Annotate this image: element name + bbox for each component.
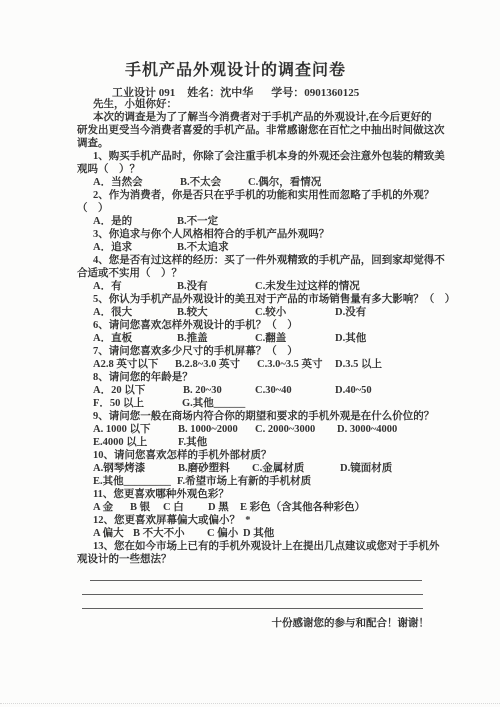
question-5-options: A．很大B.较大C.较小D.没有 — [77, 306, 429, 319]
option: C.3.0~3.5 英寸 — [257, 358, 335, 371]
option: C.未发生过这样的情况 — [255, 280, 360, 293]
question-4-options: A．有B.没有C.未发生过这样的情况 — [77, 280, 429, 293]
option: B. 20~30 — [183, 384, 255, 397]
question-11-options: A 金B 银C 白D 黑E 彩色（含其他各种彩色） — [77, 501, 429, 514]
option: A．直板 — [93, 332, 177, 345]
option: B.较大 — [177, 306, 255, 319]
option: E 彩色（含其他各种彩色） — [240, 501, 365, 514]
option: A.钢琴烤漆 — [93, 462, 178, 475]
option: B.没有 — [177, 280, 255, 293]
question-9-options-row-2: E.4000 以上F.其他 — [77, 436, 429, 449]
option: D.没有 — [335, 306, 366, 319]
question-9: 9、请问您一般在商场内符合你的期望和要求的手机外观是在什么价位的？ A. 100… — [77, 410, 429, 449]
question-5: 5、你认为手机产品外观设计的美丑对于产品的市场销售量有多大影响？（ ） A．很大… — [77, 293, 429, 319]
option: A．很大 — [93, 306, 177, 319]
question-12-text: 12、您更喜欢屏幕偏大或偏小？ * — [77, 514, 429, 527]
option: C 白 — [163, 501, 208, 514]
option: F．50 以上 — [93, 397, 182, 410]
question-8-options-row-2: F．50 以上G.其他______ — [77, 397, 429, 410]
option: C.较小 — [255, 306, 335, 319]
question-6-options: A．直板B.推盖C.翻盖D.其他 — [77, 332, 429, 345]
question-3-text: 3、你追求与你个人风格相符合的手机产品外观吗？ — [77, 228, 429, 241]
question-12-options: A 偏大B 不大不小C 偏小D 其他 — [77, 527, 429, 540]
option: C.翻盖 — [255, 332, 335, 345]
option: E.4000 以上 — [93, 436, 178, 449]
option: A2.8 英寸以下 — [93, 358, 175, 371]
option: C.30~40 — [255, 384, 335, 397]
option: D 其他 — [243, 527, 274, 540]
option: A. 1000 以下 — [93, 423, 178, 436]
option: B 不大不小 — [133, 527, 207, 540]
question-9-options-row-1: A. 1000 以下B. 1000~2000C. 2000~3000D. 300… — [77, 423, 429, 436]
option: B 银 — [130, 501, 163, 514]
question-6-text: 6、请问您喜欢怎样外观设计的手机？（ ） — [77, 319, 429, 332]
question-7: 7、请问您喜欢多少尺寸的手机屏幕？（ ） A2.8 英寸以下B.2.8~3.0 … — [77, 345, 429, 371]
option: D. 3000~4000 — [337, 423, 397, 436]
question-13-text: 13、您在如今市场上已有的手机外观设计上在提出几点建议或您对于手机外 观设计的一… — [77, 540, 429, 566]
option: C.偶尔，看情况 — [248, 176, 321, 189]
question-4: 4、您是否有过这样的经历：买了一件外观精致的手机产品，回到家却觉得不 合适或不实… — [77, 254, 429, 293]
page-title: 手机产品外观设计的调查问卷 — [125, 60, 346, 82]
option: B.不太会 — [180, 176, 248, 189]
option: A．有 — [93, 280, 177, 293]
questionnaire-body: 先生，小姐你好： 本次的调查是为了了解当今消费者对于手机产品的外观设计,在今后更… — [77, 98, 429, 630]
question-1-options: A．当然会B.不太会C.偶尔，看情况 — [77, 176, 429, 189]
option: A 金 — [93, 501, 130, 514]
question-2: 2、作为消费者，你是否只在乎手机的功能和实用性而忽略了手机的外观？ （ ） A．… — [77, 189, 429, 228]
question-11-text: 11、您更喜欢哪种外观色彩？ — [77, 488, 429, 501]
question-2-options: A．是的B.不一定 — [77, 215, 429, 228]
question-1: 1、购买手机产品时，你除了会注重手机本身的外观还会注意外包装的精致美 观吗（ ）… — [77, 150, 429, 189]
option: A．追求 — [93, 241, 177, 254]
question-9-text: 9、请问您一般在商场内符合你的期望和要求的手机外观是在什么价位的？ — [77, 410, 429, 423]
option: A 偏大 — [93, 527, 133, 540]
question-3: 3、你追求与你个人风格相符合的手机产品外观吗？ A．追求B.不太追求 — [77, 228, 429, 254]
question-3-options: A．追求B.不太追求 — [77, 241, 429, 254]
question-10-text: 10、请问您喜欢怎样的手机外部材质？ — [77, 449, 429, 462]
question-10-options-row-2: E.其他_________F.希望市场上有新的手机材质 — [77, 475, 429, 488]
option: B.不太追求 — [177, 241, 229, 254]
questionnaire-page: 手机产品外观设计的调查问卷 工业设计 091姓名：沈中华学号：090136012… — [0, 0, 500, 707]
question-4-text: 4、您是否有过这样的经历：买了一件外观精致的手机产品，回到家却觉得不 合适或不实… — [77, 254, 429, 280]
question-7-text: 7、请问您喜欢多少尺寸的手机屏幕？（ ） — [77, 345, 429, 358]
answer-line-2 — [82, 581, 423, 595]
option: A．当然会 — [93, 176, 180, 189]
question-10: 10、请问您喜欢怎样的手机外部材质？ A.钢琴烤漆B.磨砂塑料C.金属材质D.镜… — [77, 449, 429, 488]
question-5-text: 5、你认为手机产品外观设计的美丑对于产品的市场销售量有多大影响？（ ） — [77, 293, 429, 306]
answer-line-1 — [90, 570, 422, 581]
question-13: 13、您在如今市场上已有的手机外观设计上在提出几点建议或您对于手机外 观设计的一… — [77, 540, 429, 566]
answer-line-3 — [82, 595, 423, 609]
option: A．是的 — [93, 215, 177, 228]
question-8-text: 8、请问您的年龄是？ — [77, 371, 429, 384]
option: B. 1000~2000 — [178, 423, 255, 436]
option: D.其他 — [335, 332, 366, 345]
closing-thanks: 十份感谢您的参与和配合！谢谢！ — [77, 617, 429, 630]
question-11: 11、您更喜欢哪种外观色彩？ A 金B 银C 白D 黑E 彩色（含其他各种彩色） — [77, 488, 429, 514]
option: B.磨砂塑料 — [178, 462, 252, 475]
option: B.推盖 — [177, 332, 255, 345]
question-8-options-row-1: A．20 以下B. 20~30C.30~40D.40~50 — [77, 384, 429, 397]
option: A．20 以下 — [93, 384, 183, 397]
option: C.金属材质 — [252, 462, 340, 475]
option: B.2.8~3.0 英寸 — [175, 358, 257, 371]
intro-paragraph: 本次的调查是为了了解当今消费者对于手机产品的外观设计,在今后更好的 研发出更受当… — [77, 111, 429, 150]
question-6: 6、请问您喜欢怎样外观设计的手机？（ ） A．直板B.推盖C.翻盖D.其他 — [77, 319, 429, 345]
option: D.40~50 — [335, 384, 372, 397]
option: D.3.5 以上 — [335, 358, 382, 371]
option: C 偏小 — [207, 527, 243, 540]
question-12: 12、您更喜欢屏幕偏大或偏小？ * A 偏大B 不大不小C 偏小D 其他 — [77, 514, 429, 540]
option: D.镜面材质 — [340, 462, 392, 475]
scan-bottom-edge — [0, 703, 500, 704]
option: D 黑 — [208, 501, 240, 514]
question-8: 8、请问您的年龄是？ A．20 以下B. 20~30C.30~40D.40~50… — [77, 371, 429, 410]
question-1-text: 1、购买手机产品时，你除了会注重手机本身的外观还会注意外包装的精致美 观吗（ ）… — [77, 150, 429, 176]
option: F.其他 — [178, 436, 207, 449]
option: F.希望市场上有新的手机材质 — [177, 475, 311, 488]
question-7-options: A2.8 英寸以下B.2.8~3.0 英寸C.3.0~3.5 英寸D.3.5 以… — [77, 358, 429, 371]
question-10-options-row-1: A.钢琴烤漆B.磨砂塑料C.金属材质D.镜面材质 — [77, 462, 429, 475]
option: B.不一定 — [177, 215, 218, 228]
option: E.其他_________ — [93, 475, 177, 488]
greeting: 先生，小姐你好： — [77, 98, 429, 111]
answer-lines — [77, 570, 429, 609]
question-2-text: 2、作为消费者，你是否只在乎手机的功能和实用性而忽略了手机的外观？ （ ） — [77, 189, 429, 215]
option: C. 2000~3000 — [255, 423, 337, 436]
option: G.其他______ — [182, 397, 245, 410]
